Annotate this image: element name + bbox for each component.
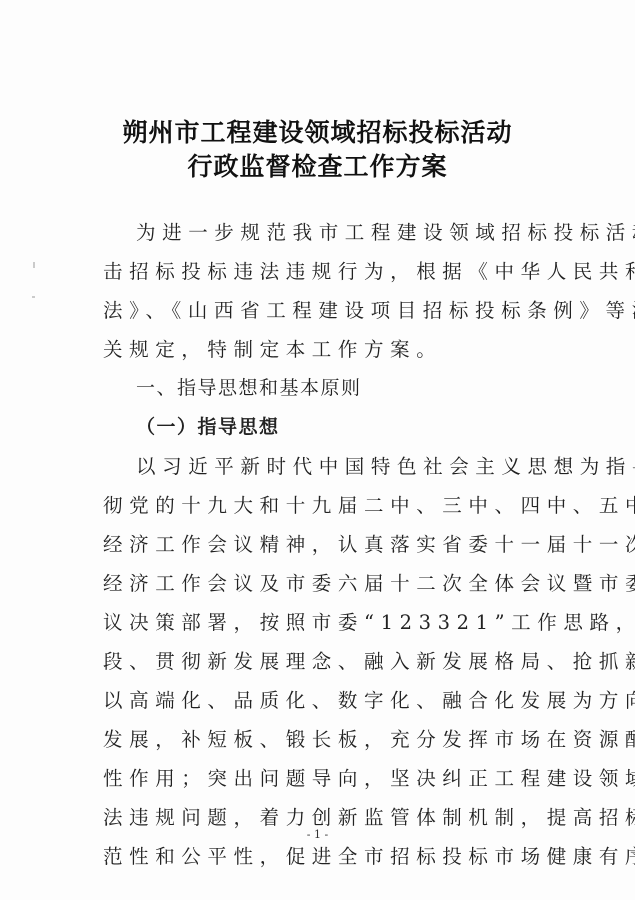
document-title-line-1: 朔州市工程建设领域招标投标活动	[0, 113, 635, 149]
intro-paragraph-line: 法》、《山西省工程建设项目招标投标条例》等法律法规有	[103, 291, 550, 330]
intro-paragraph-line: 关规定，特制定本工作方案。	[103, 330, 550, 369]
scan-artifact-mark	[33, 262, 35, 268]
guiding-paragraph-line: 彻党的十九大和十九届二中、三中、四中、五中全会及中央	[103, 486, 550, 525]
page-number: - 1 -	[0, 828, 635, 841]
document-body: 为进一步规范我市工程建设领域招标投标活动，严厉打 击招标投标违法违规行为，根据《…	[103, 213, 550, 876]
guiding-paragraph-line: 以习近平新时代中国特色社会主义思想为指导，全面贯	[103, 447, 550, 486]
document-page: 朔州市工程建设领域招标投标活动 行政监督检查工作方案 为进一步规范我市工程建设领…	[0, 0, 635, 900]
guiding-paragraph-line: 以高端化、品质化、数字化、融合化发展为方向，聚焦转型	[103, 681, 550, 720]
subsection-heading: （一）指导思想	[103, 408, 550, 447]
guiding-paragraph-line: 议决策部署，按照市委“123321”工作思路，把握新发展阶	[103, 603, 550, 642]
guiding-paragraph-line: 范性和公平性，促进全市招标投标市场健康有序发展。	[103, 837, 550, 876]
intro-paragraph-line: 为进一步规范我市工程建设领域招标投标活动，严厉打	[103, 213, 550, 252]
guiding-paragraph-line: 发展，补短板、锻长板，充分发挥市场在资源配置中的决定	[103, 720, 550, 759]
section-heading: 一、指导思想和基本原则	[103, 369, 550, 408]
intro-paragraph-line: 击招标投标违法违规行为，根据《中华人民共和国招标投标	[103, 252, 550, 291]
guiding-paragraph-line: 经济工作会议精神，认真落实省委十一届十一次全会暨省委	[103, 525, 550, 564]
document-title-line-2: 行政监督检查工作方案	[0, 147, 635, 183]
scan-artifact-mark	[32, 296, 35, 298]
guiding-paragraph-line: 性作用；突出问题导向，坚决纠正工程建设领域招标投标违	[103, 759, 550, 798]
guiding-paragraph-line: 经济工作会议及市委六届十二次全体会议暨市委经济工作会	[103, 564, 550, 603]
guiding-paragraph-line: 段、贯彻新发展理念、融入新发展格局、抢抓新发展机遇，	[103, 642, 550, 681]
